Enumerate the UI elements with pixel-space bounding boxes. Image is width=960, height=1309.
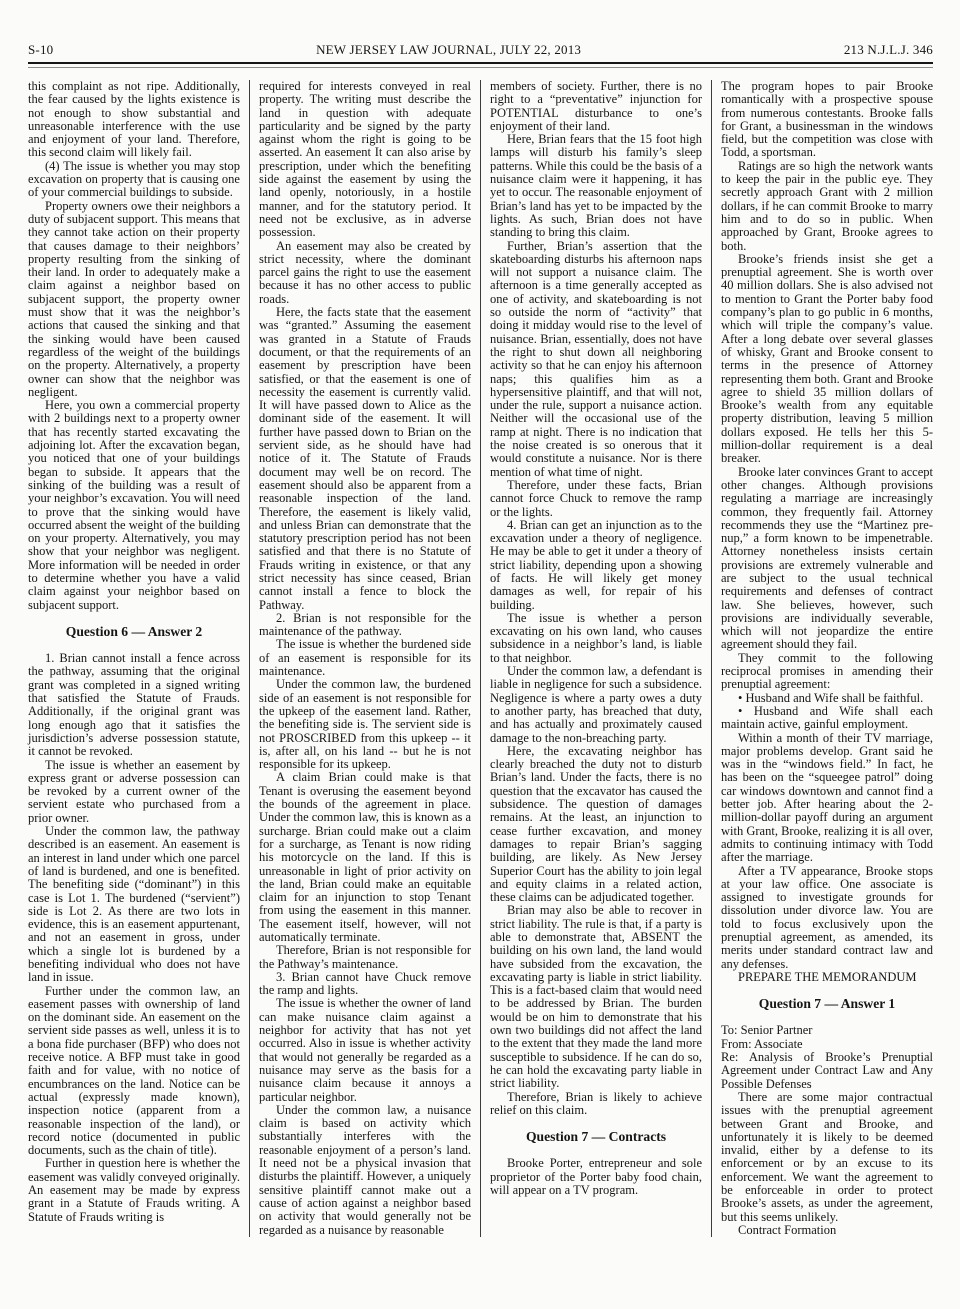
paragraph: Here, the facts state that the easement … <box>259 306 471 612</box>
column-1: this complaint as not ripe. Additionally… <box>28 80 250 1237</box>
paragraph: required for interests conveyed in real … <box>259 80 471 240</box>
paragraph: • Husband and Wife shall be faithful. <box>721 692 933 705</box>
paragraph: • Husband and Wife shall each maintain a… <box>721 705 933 732</box>
paragraph: Brian may also be able to recover in str… <box>490 904 702 1090</box>
paragraph: Within a month of their TV marriage, maj… <box>721 732 933 865</box>
paragraph: Under the common law, the pathway descri… <box>28 825 240 985</box>
paragraph: Further under the common law, an easemen… <box>28 985 240 1158</box>
page-header: S-10 NEW JERSEY LAW JOURNAL, JULY 22, 20… <box>28 0 933 58</box>
page-number: S-10 <box>28 42 53 58</box>
paragraph: An easement may also be created by stric… <box>259 240 471 306</box>
paragraph: The issue is whether the owner of land c… <box>259 997 471 1103</box>
paragraph: Under the common law, the burdened side … <box>259 678 471 771</box>
paragraph: Re: Analysis of Brooke’s Prenuptial Agre… <box>721 1051 933 1091</box>
paragraph: They commit to the following reciprocal … <box>721 652 933 692</box>
paragraph: After a TV appearance, Brooke stops at y… <box>721 865 933 971</box>
paragraph: (4) The issue is whether you may stop ex… <box>28 160 240 200</box>
section-heading: Question 7 — Answer 1 <box>721 997 933 1010</box>
journal-title: NEW JERSEY LAW JOURNAL, JULY 22, 2013 <box>316 42 581 58</box>
column-2: required for interests conveyed in real … <box>259 80 481 1237</box>
column-3: members of society. Further, there is no… <box>490 80 712 1237</box>
header-rule <box>28 62 933 68</box>
paragraph: Therefore, Brian is not responsible for … <box>259 944 471 971</box>
paragraph: Here, the excavating neighbor has clearl… <box>490 745 702 905</box>
paragraph: 2. Brian is not responsible for the main… <box>259 612 471 639</box>
paragraph: The issue is whether an easement by expr… <box>28 759 240 825</box>
paragraph: Ratings are so high the network wants to… <box>721 160 933 253</box>
paragraph: To: Senior Partner <box>721 1024 933 1037</box>
paragraph: Therefore, under these facts, Brian cann… <box>490 479 702 519</box>
paragraph: this complaint as not ripe. Additionally… <box>28 80 240 160</box>
paragraph: Therefore, Brian is likely to achieve re… <box>490 1091 702 1118</box>
column-4: The program hopes to pair Brooke romanti… <box>721 80 933 1237</box>
paragraph: The issue is whether a person excavating… <box>490 612 702 665</box>
section-heading: Question 6 — Answer 2 <box>28 625 240 638</box>
paragraph: The program hopes to pair Brooke romanti… <box>721 80 933 160</box>
paragraph: Here, you own a commercial property with… <box>28 399 240 612</box>
paragraph: The issue is whether the burdened side o… <box>259 638 471 678</box>
paragraph: From: Associate <box>721 1038 933 1051</box>
paragraph: Under the common law, a defendant is lia… <box>490 665 702 745</box>
citation: 213 N.J.L.J. 346 <box>844 42 933 58</box>
paragraph: Further, Brian’s assertion that the skat… <box>490 240 702 479</box>
paragraph: Brooke Porter, entrepreneur and sole pro… <box>490 1157 702 1197</box>
paragraph: members of society. Further, there is no… <box>490 80 702 133</box>
journal-page: S-10 NEW JERSEY LAW JOURNAL, JULY 22, 20… <box>0 0 960 1309</box>
paragraph: Property owners owe their neighbors a du… <box>28 200 240 399</box>
section-heading: Question 7 — Contracts <box>490 1130 702 1143</box>
paragraph: Here, Brian fears that the 15 foot high … <box>490 133 702 239</box>
paragraph: Contract Formation <box>721 1224 933 1237</box>
paragraph: PREPARE THE MEMORANDUM <box>721 971 933 984</box>
text-columns: this complaint as not ripe. Additionally… <box>28 80 933 1237</box>
paragraph: Brooke’s friends insist she get a prenup… <box>721 253 933 466</box>
paragraph: There are some major contractual issues … <box>721 1091 933 1224</box>
paragraph: 1. Brian cannot install a fence across t… <box>28 652 240 758</box>
paragraph: 3. Brian cannot have Chuck remove the ra… <box>259 971 471 998</box>
paragraph: 4. Brian can get an injunction as to the… <box>490 519 702 612</box>
paragraph: A claim Brian could make is that Tenant … <box>259 771 471 944</box>
paragraph: Brooke later convinces Grant to accept o… <box>721 466 933 652</box>
paragraph: Under the common law, a nuisance claim i… <box>259 1104 471 1237</box>
paragraph: Further in question here is whether the … <box>28 1157 240 1223</box>
